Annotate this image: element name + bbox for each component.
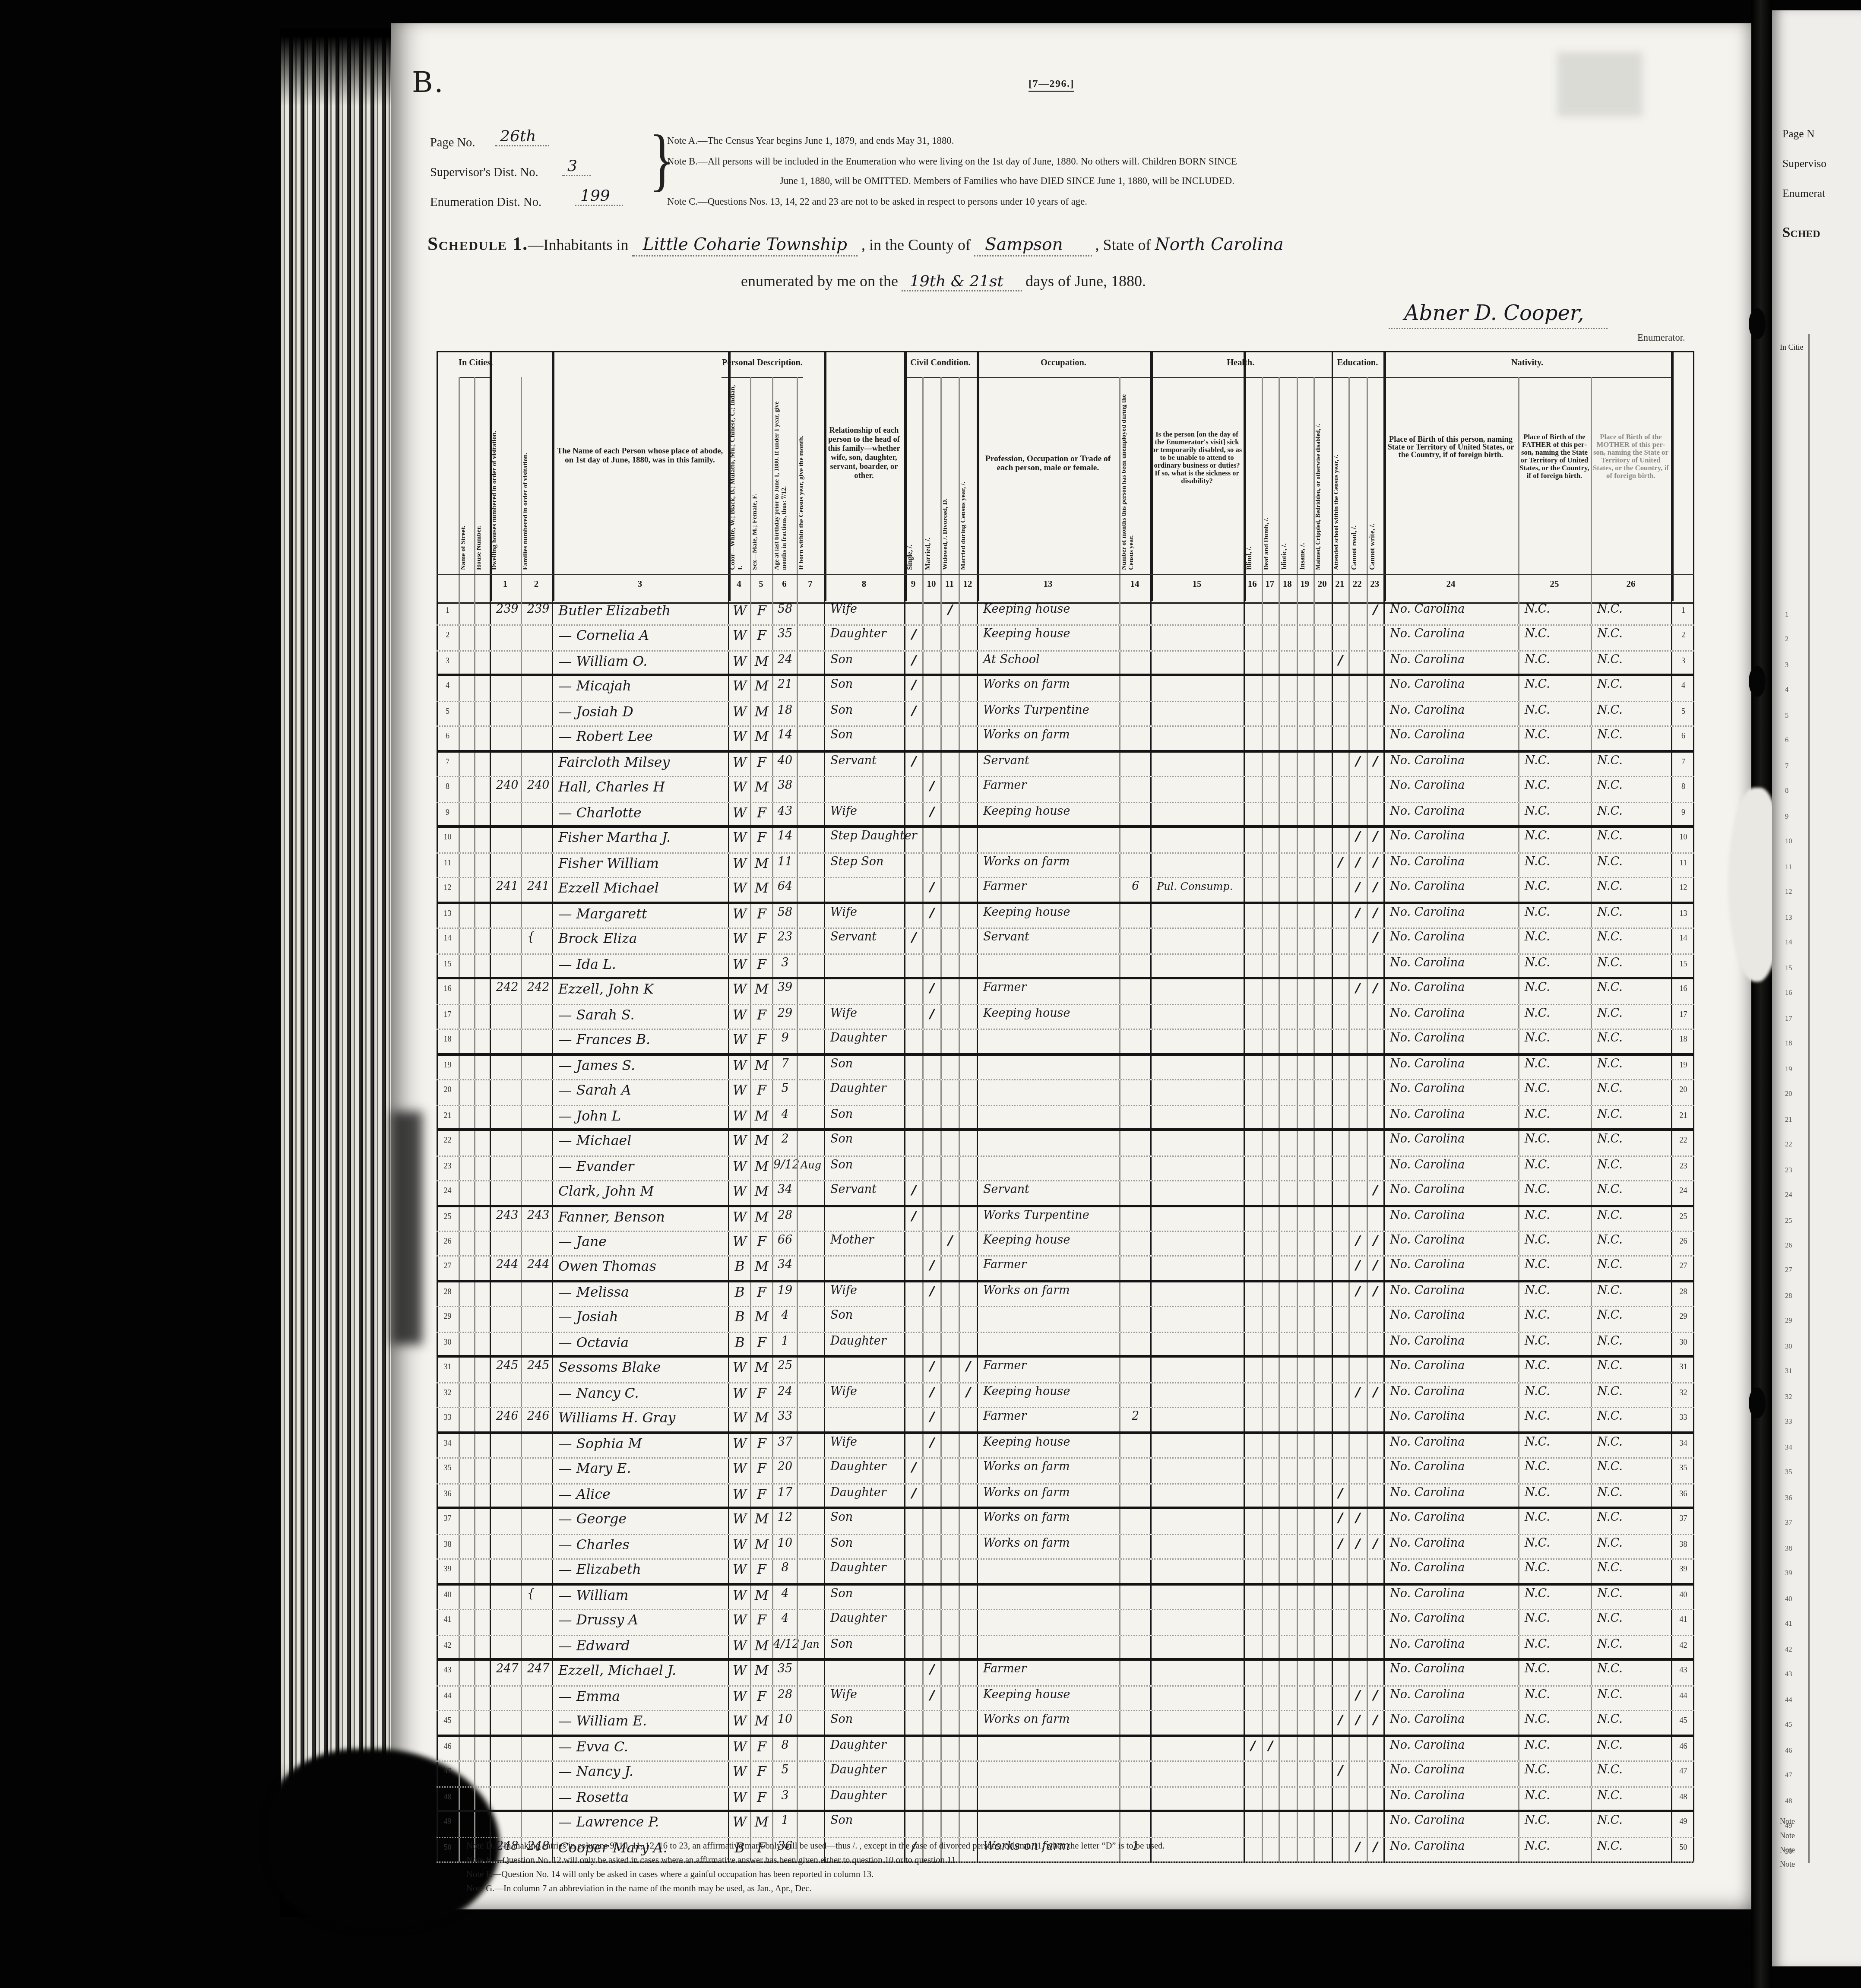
cell-rowL: 12 [437,879,459,901]
cell-c26: N.C. [1591,980,1671,1003]
cell-rowL: 13 [437,904,459,928]
cell-c16 [1244,702,1261,726]
cell-c23 [1366,1030,1384,1052]
cell-c10 [922,954,940,977]
cell-c11 [940,1307,959,1331]
cell-c26: N.C. [1591,1358,1671,1382]
cell-c13: Farmer [977,879,1119,901]
cell-c23 [1366,1762,1384,1785]
cell-c22 [1348,1207,1366,1231]
cell-c2 [521,1459,552,1483]
cell-street [459,904,474,928]
cell-c7 [797,1030,824,1052]
cell-c13: Works on farm [977,1484,1119,1507]
cell-c14 [1119,1333,1150,1355]
cell-c7 [797,1812,824,1836]
cell-c3: Ezzell, John K [552,980,728,1003]
cell-c25: N.C. [1518,1181,1591,1204]
table-row: 28— MelissaBF19Wife/Works on farm//No. C… [437,1282,1694,1307]
cell-c1 [490,904,521,928]
cell-c18 [1279,626,1296,650]
table-row: 49— Lawrence P.WM1SonNo. CarolinaN.C.N.C… [437,1812,1694,1837]
cell-c19 [1296,601,1314,625]
next-page-line-number: 42 [1785,1646,1792,1654]
cell-c20 [1313,980,1331,1003]
cell-c26: N.C. [1591,929,1671,953]
note-b-line2: June 1, 1880, will be OMITTED. Members o… [780,175,1234,187]
cell-c6: 4 [772,1307,797,1331]
cell-rowL: 32 [437,1383,459,1407]
cell-c2: 243 [521,1207,552,1231]
col-header-c9: Single, /. [907,380,921,571]
cell-c23 [1366,1459,1384,1483]
cell-c20 [1313,1535,1331,1558]
cell-c1 [490,1080,521,1104]
cell-c17 [1261,853,1279,877]
cell-rowL: 26 [437,1232,459,1256]
cell-c4: W [728,980,750,1003]
cell-c24: No. Carolina [1383,601,1518,625]
col-header-c19: Insane, /. [1299,380,1313,571]
cell-c4: W [728,652,750,674]
cell-c15 [1150,753,1244,776]
table-row: 32— Nancy C.WF24Wife//Keeping house//No.… [437,1383,1694,1409]
next-page-line-number: 47 [1785,1772,1792,1780]
cell-c26: N.C. [1591,1106,1671,1128]
cell-house [474,1459,490,1483]
cell-c3: — Josiah D [552,702,728,726]
cell-c19 [1296,1459,1314,1483]
cell-c25: N.C. [1518,1383,1591,1407]
cell-house [474,1207,490,1231]
cell-c18 [1279,1307,1296,1331]
cell-rowR: 43 [1671,1661,1694,1684]
cell-c17 [1261,652,1279,674]
cell-c13: Works on farm [977,1510,1119,1533]
cell-c8: Son [824,1510,904,1533]
cell-c16 [1244,1611,1261,1634]
cell-c25: N.C. [1518,1585,1591,1609]
cell-c26: N.C. [1591,1812,1671,1836]
cell-c12 [959,1409,977,1431]
cell-c8: Wife [824,1686,904,1710]
cell-c3: — Evander [552,1156,728,1180]
cell-c22 [1348,1333,1366,1355]
cell-c24: No. Carolina [1383,652,1518,674]
cell-c24: No. Carolina [1383,702,1518,726]
cell-c10 [922,1560,940,1583]
cell-house [474,1560,490,1583]
cell-c1 [490,1711,521,1734]
cell-rowR: 33 [1671,1409,1694,1431]
cell-c15 [1150,828,1244,852]
cell-c7 [797,626,824,650]
cell-c11 [940,1812,959,1836]
cell-c20 [1313,1434,1331,1457]
cell-c19 [1296,727,1314,750]
cell-c14 [1119,1787,1150,1810]
inhabitants-label: —Inhabitants in [528,236,629,254]
cell-c20 [1313,929,1331,953]
cell-c4: W [728,1181,750,1204]
cell-c9 [904,601,922,625]
table-row: 33246246Williams H. GrayWM33/Farmer2No. … [437,1409,1694,1434]
cell-c6: 43 [772,803,797,825]
cell-c20 [1313,1459,1331,1483]
cell-c11 [940,1055,959,1079]
cell-c26: N.C. [1591,1080,1671,1104]
scan-smudge [391,1111,422,1345]
cell-house [474,1787,490,1810]
cell-rowR: 24 [1671,1181,1694,1204]
cell-c20 [1313,702,1331,726]
cell-c2 [521,1383,552,1407]
cell-c10 [922,828,940,852]
cell-c16 [1244,1307,1261,1331]
cell-c24: No. Carolina [1383,1383,1518,1407]
cell-c14 [1119,1307,1150,1331]
cell-c21 [1331,1636,1349,1658]
cell-c23: / [1366,601,1384,625]
cell-c26: N.C. [1591,853,1671,877]
cell-c9: / [904,626,922,650]
census-sheet-page: B. [7—296.] Page No. 26th Supervisor's D… [391,23,1751,1909]
cell-house [474,1737,490,1760]
cell-c12 [959,1232,977,1256]
cell-c10 [922,1207,940,1231]
next-page-line-number: 4 [1785,687,1788,695]
cell-c11 [940,828,959,852]
cell-c1 [490,1005,521,1029]
table-row: 21— John LWM4SonNo. CarolinaN.C.N.C.21 [437,1106,1694,1131]
cell-c12 [959,652,977,674]
binder-hole [1749,308,1766,339]
table-row: 16242242Ezzell, John KWM39/Farmer//No. C… [437,980,1694,1005]
cell-c25: N.C. [1518,1106,1591,1128]
cell-c14 [1119,1711,1150,1734]
cell-c22 [1348,1156,1366,1180]
cell-c21 [1331,778,1349,801]
cell-c21 [1331,626,1349,650]
cell-c13: Keeping house [977,1232,1119,1256]
cell-rowR: 7 [1671,753,1694,776]
cell-c3: — Sarah A [552,1080,728,1104]
cell-c6: 5 [772,1762,797,1785]
cell-c10 [922,1459,940,1483]
cell-c1 [490,1585,521,1609]
cell-c26: N.C. [1591,1383,1671,1407]
cell-c5: F [750,1787,772,1810]
cell-c2 [521,1484,552,1507]
cell-c5: M [750,727,772,750]
cell-c2 [521,803,552,825]
cell-c22 [1348,702,1366,726]
cell-c14 [1119,1383,1150,1407]
cell-c11 [940,1560,959,1583]
cell-c2 [521,1156,552,1180]
cell-c15 [1150,1787,1244,1810]
cell-c2: 242 [521,980,552,1003]
cell-c17 [1261,904,1279,928]
cell-c3: — Edward [552,1636,728,1658]
cell-c2: 240 [521,778,552,801]
cell-c24: No. Carolina [1383,1686,1518,1710]
cell-c16 [1244,1207,1261,1231]
cell-c26: N.C. [1591,828,1671,852]
cell-c14 [1119,803,1150,825]
cell-c17 [1261,1181,1279,1204]
cell-c3: — Sophia M [552,1434,728,1457]
cell-c17 [1261,1005,1279,1029]
cell-c6: 9 [772,1030,797,1052]
cell-c26: N.C. [1591,1131,1671,1155]
cell-c15 [1150,677,1244,700]
cell-c7 [797,853,824,877]
cell-c20 [1313,1560,1331,1583]
cell-c9 [904,778,922,801]
cell-c6: 9/12 [772,1156,797,1180]
cell-c7 [797,1585,824,1609]
dates-value: 19th & 21st [902,272,1022,291]
cell-c15 [1150,1282,1244,1306]
cell-c25: N.C. [1518,1560,1591,1583]
cell-c5: F [750,1686,772,1710]
cell-c6: 14 [772,828,797,852]
note-b-line1: Note B.—All persons will be included in … [667,155,1237,167]
cell-c22 [1348,727,1366,750]
cell-c8 [824,1257,904,1279]
cell-c21: / [1331,1535,1349,1558]
cell-c24: No. Carolina [1383,904,1518,928]
cell-c25: N.C. [1518,1030,1591,1052]
cell-c17 [1261,1762,1279,1785]
cell-c25: N.C. [1518,1661,1591,1684]
cell-c22: / [1348,1686,1366,1710]
cell-house [474,1383,490,1407]
cell-c21 [1331,1131,1349,1155]
cell-c2 [521,853,552,877]
cell-rowL: 14 [437,929,459,953]
cell-c18 [1279,652,1296,674]
cell-house [474,954,490,977]
cell-c3: Clark, John M [552,1181,728,1204]
table-row: 3— William O.WM24Son/At School/No. Carol… [437,652,1694,677]
cell-rowR: 42 [1671,1636,1694,1658]
note-g: Note G.—In column 7 an abbreviation in t… [466,1885,812,1894]
cell-c12 [959,677,977,700]
cell-c13 [977,1055,1119,1079]
cell-c2 [521,1737,552,1760]
cell-c23: / [1366,1282,1384,1306]
cell-c19 [1296,677,1314,700]
table-row: 27244244Owen ThomasBM34/Farmer//No. Caro… [437,1257,1694,1282]
cell-c11 [940,677,959,700]
cell-house [474,1333,490,1355]
cell-c3: Butler Elizabeth [552,601,728,625]
note-f: Note F.—Question No. 14 will only be ask… [466,1871,874,1880]
cell-c13: At School [977,652,1119,674]
cell-c20 [1313,778,1331,801]
next-page-line-number: 37 [1785,1520,1792,1528]
cell-c15 [1150,1383,1244,1407]
cell-c1 [490,1459,521,1483]
cell-c19 [1296,1383,1314,1407]
cell-c24: No. Carolina [1383,1510,1518,1533]
cell-c21 [1331,702,1349,726]
cell-c10: / [922,980,940,1003]
cell-c23: / [1366,1257,1384,1279]
next-page-line-number: 17 [1785,1015,1792,1023]
cell-c17 [1261,1232,1279,1256]
cell-rowL: 1 [437,601,459,625]
cell-c19 [1296,1686,1314,1710]
cell-c4: W [728,753,750,776]
cell-c26: N.C. [1591,1459,1671,1483]
cell-c18 [1279,1156,1296,1180]
next-page-line-number: 10 [1785,839,1792,846]
table-row: 22— MichaelWM2SonNo. CarolinaN.C.N.C.22 [437,1131,1694,1156]
cell-c19 [1296,853,1314,877]
cell-c17 [1261,626,1279,650]
cell-c7 [797,1434,824,1457]
cell-c19 [1296,652,1314,674]
cell-c10: / [922,1383,940,1407]
cell-c15 [1150,1510,1244,1533]
cell-c14 [1119,1611,1150,1634]
cell-c10: / [922,1257,940,1279]
table-row: 47— Nancy J.WF5Daughter/No. CarolinaN.C.… [437,1762,1694,1787]
cell-c2 [521,677,552,700]
col-header-c12: Married during Census year, /. [961,380,975,571]
cell-c22 [1348,1787,1366,1810]
cell-c24: No. Carolina [1383,1737,1518,1760]
cell-c8 [824,1358,904,1382]
col-header-c26: Place of Birth of the MOTHER of this per… [1592,380,1670,571]
cell-c5: M [750,1181,772,1204]
table-row: 25243243Fanner, BensonWM28/Works Turpent… [437,1207,1694,1232]
cell-house [474,1232,490,1256]
cell-c1 [490,828,521,852]
cell-c9 [904,879,922,901]
cell-street [459,1383,474,1407]
cell-c7 [797,1737,824,1760]
cell-c1 [490,853,521,877]
cell-c16 [1244,1510,1261,1533]
cell-house [474,601,490,625]
cell-c18 [1279,1181,1296,1204]
cell-c5: F [750,828,772,852]
cell-c13 [977,1131,1119,1155]
cell-c8: Wife [824,904,904,928]
cell-c11 [940,1636,959,1658]
cell-c21 [1331,1005,1349,1029]
cell-c1 [490,626,521,650]
cell-street [459,1257,474,1279]
cell-c16 [1244,853,1261,877]
cell-c19 [1296,879,1314,901]
cell-c7: Jan [797,1636,824,1658]
cell-c21: / [1331,1711,1349,1734]
cell-c7 [797,1106,824,1128]
cell-c23 [1366,1585,1384,1609]
cell-c19 [1296,1409,1314,1431]
cell-c4: W [728,727,750,750]
cell-c24: No. Carolina [1383,626,1518,650]
cell-c23: / [1366,853,1384,877]
cell-rowL: 28 [437,1282,459,1306]
cell-c10 [922,1585,940,1609]
cell-c12 [959,1510,977,1533]
cell-rowR: 47 [1671,1762,1694,1785]
cell-c21 [1331,1207,1349,1231]
cell-street [459,1560,474,1583]
cell-c21 [1331,980,1349,1003]
cell-c22 [1348,1434,1366,1457]
cell-c20 [1313,879,1331,901]
cell-c26: N.C. [1591,1484,1671,1507]
cell-c8: Daughter [824,1611,904,1634]
cell-c3: — Mary E. [552,1459,728,1483]
cell-c23 [1366,652,1384,674]
cell-c3: — Evva C. [552,1737,728,1760]
cell-c16: / [1244,1737,1261,1760]
cell-c19 [1296,1358,1314,1382]
cell-c10 [922,1737,940,1760]
cell-c13 [977,828,1119,852]
cell-house [474,1282,490,1306]
cell-house [474,652,490,674]
cell-rowR: 30 [1671,1333,1694,1355]
cell-c24: No. Carolina [1383,1232,1518,1256]
cell-c14 [1119,1812,1150,1836]
cell-c9 [904,1282,922,1306]
cell-c24: No. Carolina [1383,1005,1518,1029]
cell-street [459,1207,474,1231]
cell-c17 [1261,601,1279,625]
table-row: 7Faircloth MilseyWF40Servant/Servant//No… [437,753,1694,778]
cell-c11 [940,1005,959,1029]
cell-c15 [1150,1232,1244,1256]
cell-c15 [1150,1560,1244,1583]
cell-street [459,954,474,977]
cell-c21: / [1331,1484,1349,1507]
cell-c2: 244 [521,1257,552,1279]
cell-c14 [1119,1181,1150,1204]
cell-c15 [1150,1686,1244,1710]
cell-c4: W [728,1030,750,1052]
cell-c23 [1366,1358,1384,1382]
cell-c20 [1313,1636,1331,1658]
cell-c15 [1150,853,1244,877]
cell-rowL: 24 [437,1181,459,1204]
table-row: 43247247Ezzell, Michael J.WM35/FarmerNo.… [437,1661,1694,1686]
cell-c5: F [750,1434,772,1457]
cell-c12 [959,904,977,928]
cell-c19 [1296,1636,1314,1658]
cell-c9 [904,1686,922,1710]
cell-c4: B [728,1257,750,1279]
cell-c15 [1150,1636,1244,1658]
cell-c19 [1296,1080,1314,1104]
cell-house [474,1181,490,1204]
cell-c14 [1119,1257,1150,1279]
cell-c10: / [922,1005,940,1029]
cell-c16 [1244,1661,1261,1684]
cell-c18 [1279,1383,1296,1407]
cell-c16 [1244,677,1261,700]
cell-c13 [977,1560,1119,1583]
cell-c25: N.C. [1518,1812,1591,1836]
